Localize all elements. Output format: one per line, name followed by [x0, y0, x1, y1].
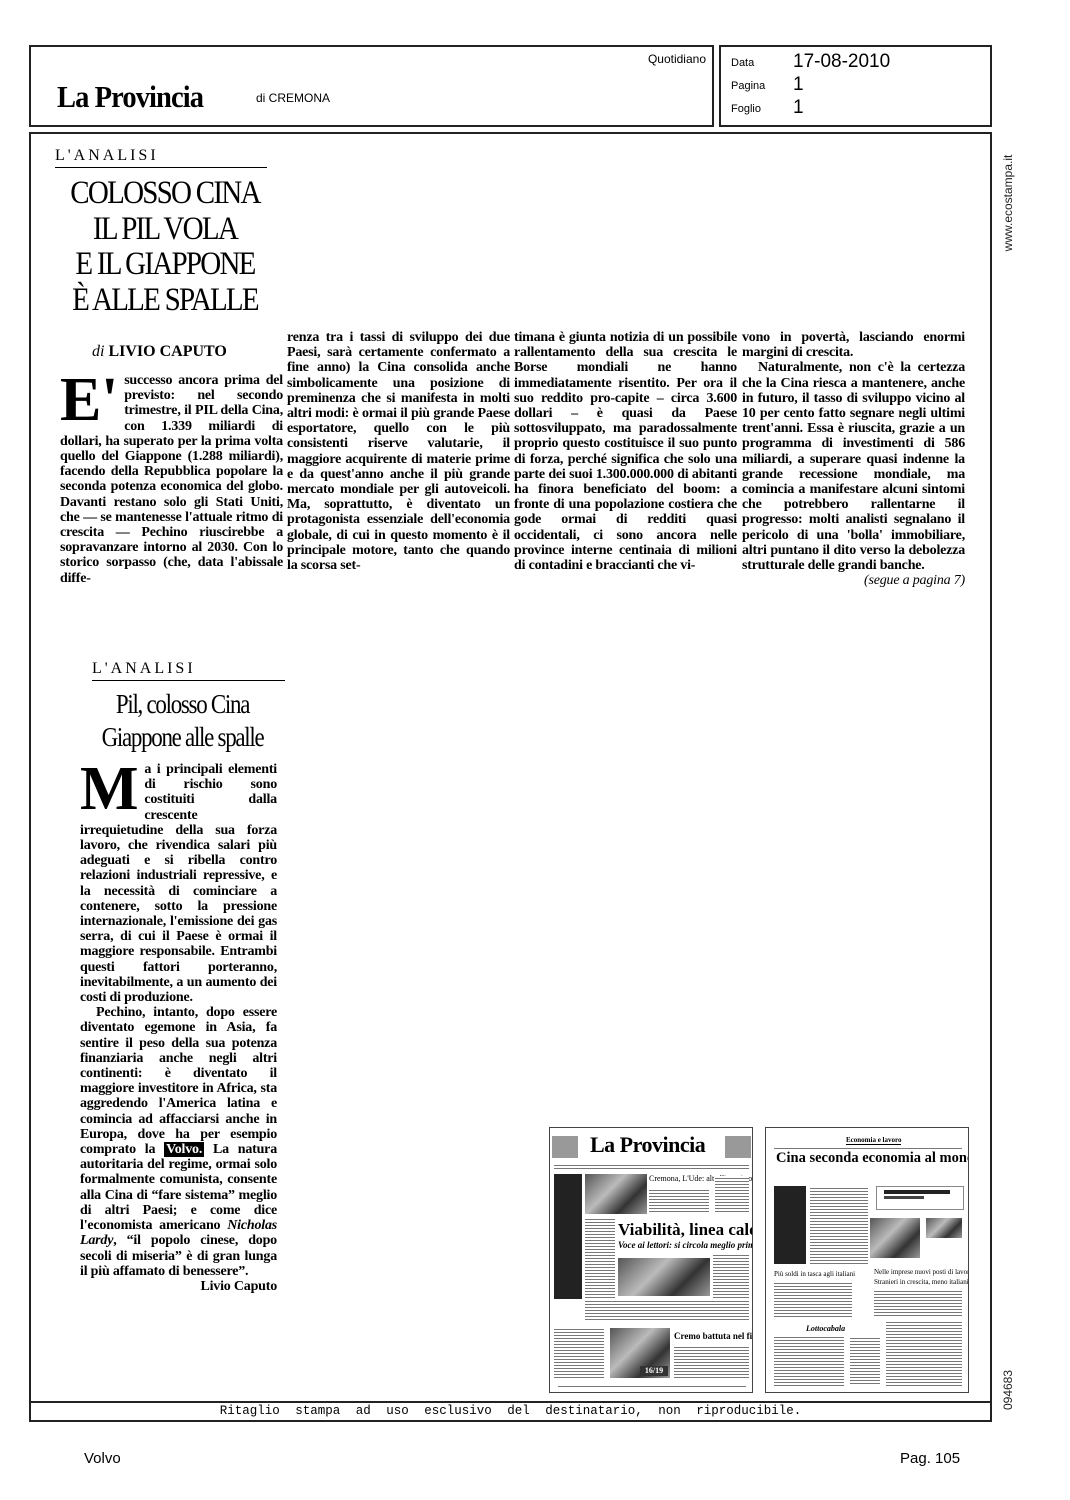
reproduction-notice: Ritaglio stampa ad uso esclusivo del des… — [29, 1401, 992, 1422]
dropcap: M — [80, 764, 138, 814]
continued-note: (segue a pagina 7) — [742, 573, 965, 588]
article2-headline: Pil, colosso Cina Giappone alle spalle — [78, 688, 286, 754]
keyword-label: Volvo — [84, 1450, 121, 1467]
side-url: www.ecostampa.it — [1000, 143, 1016, 263]
thumb-sidebar — [554, 1174, 582, 1299]
article1-kicker: L'ANALISI — [55, 147, 267, 168]
thumb-logo: La Provincia — [590, 1132, 705, 1158]
article1-headline: COLOSSO CINA IL PIL VOLA E IL GIAPPONE È… — [55, 176, 275, 318]
thumb-table — [774, 1336, 844, 1386]
article2-body: M a i principali elementi di rischio son… — [80, 762, 277, 1294]
side-code: 094683 — [1000, 1360, 1016, 1420]
dropcap: E' — [60, 375, 118, 425]
article1-column-2: renza tra i tassi di sviluppo dei due Pa… — [287, 330, 510, 573]
metadata-box: Data 17-08-2010 Pagina 1 Foglio 1 — [719, 45, 992, 127]
signature: Livio Caputo — [80, 1279, 277, 1294]
article1-column-4: vono in povertà, lasciando enormi margin… — [742, 330, 965, 588]
publication-type: Quotidiano — [648, 52, 706, 66]
front-page-thumbnail: La Provincia Cremona, L'Ude: alt all'acq… — [549, 1127, 753, 1393]
newspaper-logo: La Provincia — [57, 79, 203, 115]
inside-page-thumbnail: Economia e lavoro Cina seconda economia … — [765, 1127, 969, 1393]
newspaper-header: La Provincia di CREMONA Quotidiano — [29, 45, 714, 127]
page-number: Pag. 105 — [900, 1450, 960, 1467]
article1-column-1: E' successo ancora prima del previsto: n… — [60, 373, 283, 586]
article2-kicker: L'ANALISI — [92, 660, 285, 681]
keyword-highlight: Volvo. — [164, 1142, 204, 1157]
article1-column-3: timana è giunta notizia di un possibile … — [514, 330, 737, 573]
article1-byline: di LIVIO CAPUTO — [92, 343, 227, 361]
newspaper-subtitle: di CREMONA — [256, 91, 330, 105]
